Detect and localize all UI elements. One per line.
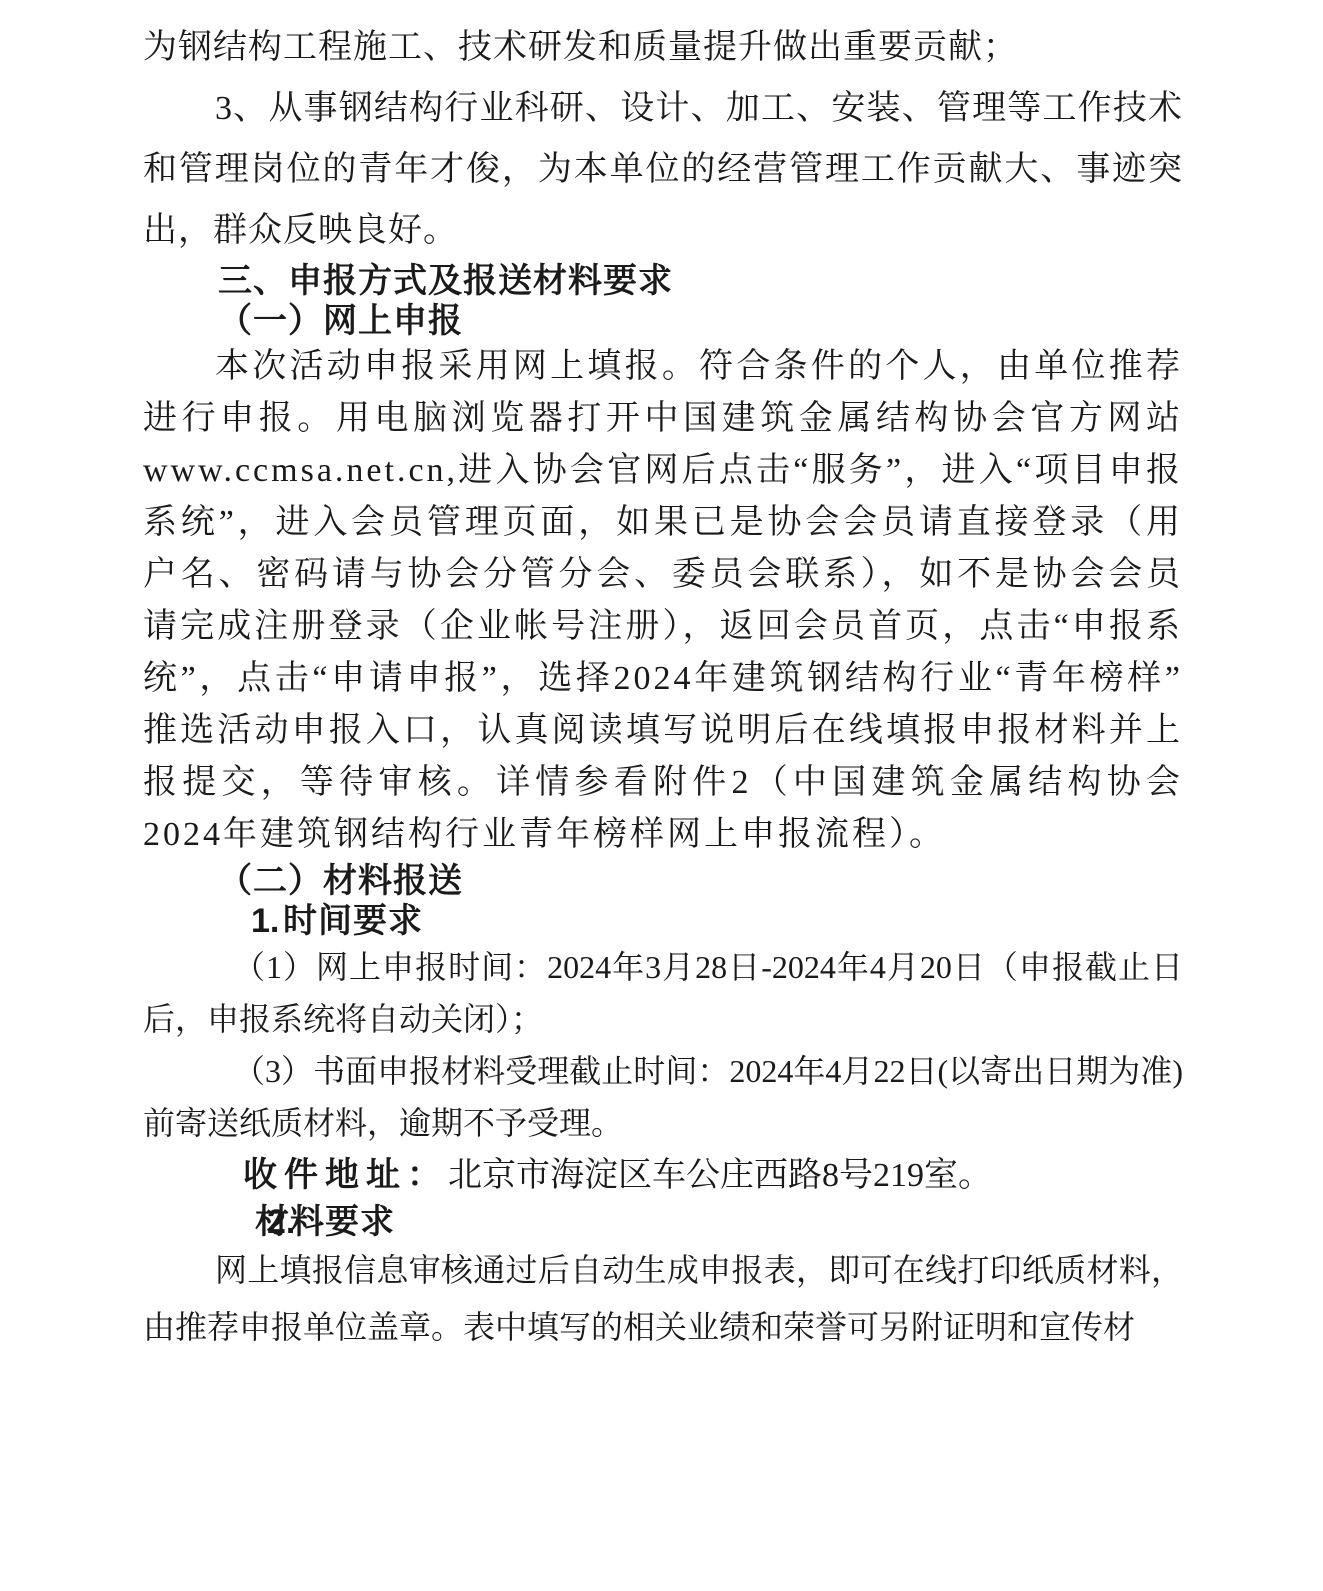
paragraph-time-item1: （1）网上申报时间：2024年3月28日-2024年4月20日（申报截止日后，申… bbox=[143, 941, 1183, 1045]
paragraph-mailing-address: 收件地址：北京市海淀区车公庄西路8号219室。 bbox=[143, 1149, 1183, 1202]
heading-online-application: （一）网上申报 bbox=[143, 301, 1183, 341]
mailing-address-value: 北京市海淀区车公庄西路8号219室。 bbox=[448, 1157, 992, 1194]
heading-material-number: 2. bbox=[205, 1202, 255, 1242]
heading-section3: 三、申报方式及报送材料要求 bbox=[143, 261, 1183, 301]
heading-time-number: 1. bbox=[197, 901, 283, 941]
document-page: 为钢结构工程施工、技术研发和质量提升做出重要贡献； 3、从事钢结构行业科研、设计… bbox=[0, 0, 1323, 1591]
paragraph-material-requirements: 网上填报信息审核通过后自动生成申报表，即可在线打印纸质材料，由推荐申报单位盖章。… bbox=[143, 1242, 1183, 1356]
document-page-background: { "page": { "background": "#ffffff", "te… bbox=[0, 0, 1323, 1591]
paragraph-time-item3: （3）书面申报材料受理截止时间：2024年4月22日(以寄出日期为准)前寄送纸质… bbox=[143, 1045, 1183, 1149]
heading-time-requirements: 1.时间要求 bbox=[143, 901, 1183, 941]
heading-time-label: 时间要求 bbox=[283, 902, 423, 940]
mailing-address-label: 收件地址： bbox=[243, 1156, 448, 1194]
heading-material-label: 材料要求 bbox=[255, 1203, 395, 1241]
heading-material-submission: （二）材料报送 bbox=[143, 861, 1183, 901]
paragraph-section2-tail: 为钢结构工程施工、技术研发和质量提升做出重要贡献； bbox=[143, 17, 1183, 78]
heading-material-requirements: 2.材料要求 bbox=[143, 1202, 1183, 1242]
paragraph-online-application: 本次活动申报采用网上填报。符合条件的个人，由单位推荐进行申报。用电脑浏览器打开中… bbox=[143, 341, 1183, 861]
paragraph-item3: 3、从事钢结构行业科研、设计、加工、安装、管理等工作技术和管理岗位的青年才俊，为… bbox=[143, 78, 1183, 261]
